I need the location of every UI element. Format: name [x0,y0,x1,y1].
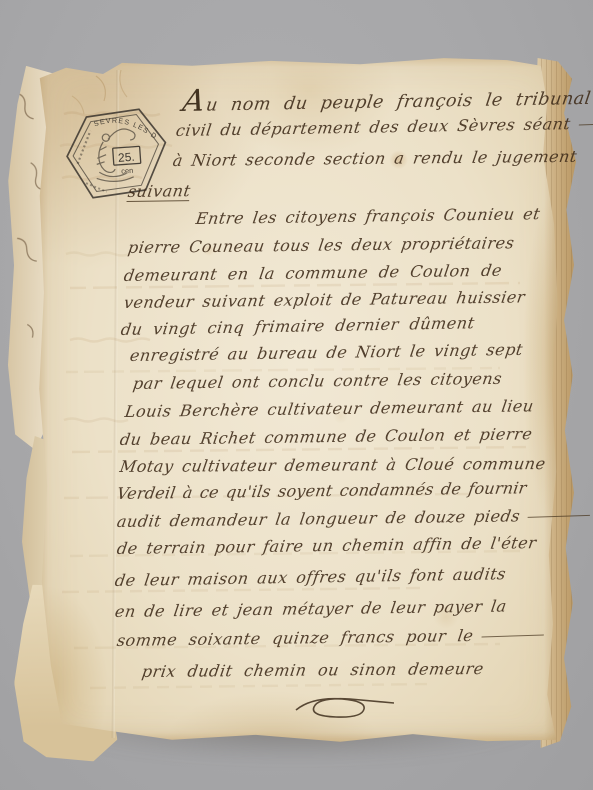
manuscript-line: de terrain pour faire un chemin affin de… [116,533,538,558]
signature-flourish-icon [278,690,394,726]
manuscript-line: Motay cultivateur demeurant à Cloué comm… [119,454,548,476]
manuscript-line: du beau Richet commune de Coulon et pier… [119,424,534,449]
manuscript-line: Verdeil à ce qu'ils soyent condamnés de … [116,478,528,503]
manuscript-line: demeurant en la commune de Coulon de [123,261,504,285]
manuscript-line: à Niort seconde section a rendu le jugem… [172,147,579,170]
manuscript-line: suivant [127,181,192,201]
manuscript-line: de leur maison aux offres qu'ils font au… [114,564,508,590]
manuscript-line: du vingt cinq frimaire dernier dûment [120,313,476,339]
manuscript-line: Entre les citoyens françois Counieu et [195,204,542,228]
manuscript-line: par lequel ont conclu contre les citoyen… [132,369,504,393]
manuscript-line: enregistré au bureau de Niort le vingt s… [129,340,525,365]
manuscript-line: Louis Berchère cultivateur demeurant au … [124,396,535,421]
document-photo: SEVRES LES DEUX 25. cen Au nom du peuple… [0,0,593,790]
manuscript-text: Au nom du peuple françois le tribunal ci… [0,0,593,790]
manuscript-line: prix dudit chemin ou sinon demeure [141,659,486,681]
manuscript-line: Au nom du peuple françois le tribunal [181,77,593,119]
manuscript-line: audit demandeur la longueur de douze pie… [116,505,592,531]
manuscript-line: pierre Couneau tous les deux propriétair… [127,233,516,257]
manuscript-line: en de lire et jean métayer de leur payer… [114,597,508,621]
manuscript-line: vendeur suivant exploit de Patureau huis… [123,287,527,312]
manuscript-line: somme soixante quinze francs pour le [116,625,545,650]
